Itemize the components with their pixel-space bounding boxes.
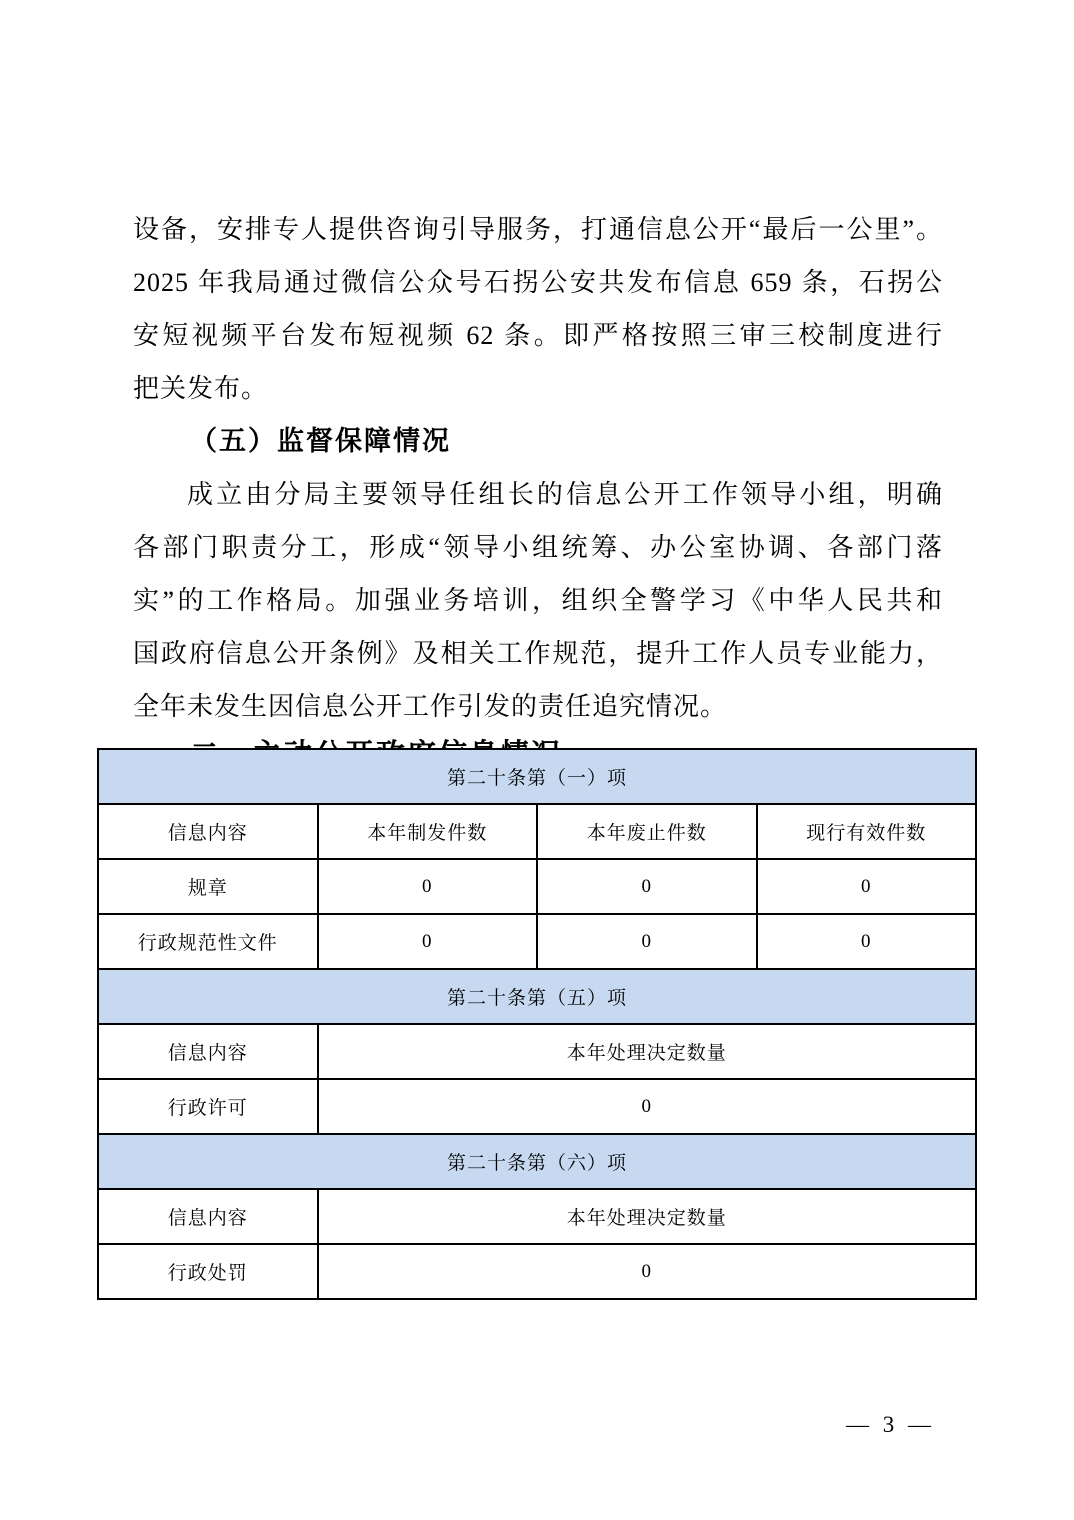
table-cell: 0 <box>757 859 977 914</box>
heading-section-five: （五）监督保障情况 <box>133 415 943 468</box>
body-text-line: 各部门职责分工，形成“领导小组统筹、办公室协调、各部门落 <box>133 521 943 574</box>
paragraph-supervision: 成立由分局主要领导任组长的信息公开工作领导小组，明确 各部门职责分工，形成“领导… <box>133 468 943 733</box>
table-cell: 行政处罚 <box>98 1244 318 1299</box>
table-row: 信息内容 本年制发件数 本年废止件数 现行有效件数 <box>98 804 976 859</box>
table-column-header: 信息内容 <box>98 1189 318 1244</box>
body-text-line: 国政府信息公开条例》及相关工作规范，提升工作人员专业能力， <box>133 627 943 680</box>
body-text-line: 设备，安排专人提供咨询引导服务，打通信息公开“最后一公里”。 <box>133 203 943 256</box>
table-cell: 0 <box>318 914 538 969</box>
table-column-header: 现行有效件数 <box>757 804 977 859</box>
body-text-line: 2025 年我局通过微信公众号石拐公安共发布信息 659 条，石拐公 <box>133 256 943 309</box>
table-row: 行政规范性文件 0 0 0 <box>98 914 976 969</box>
table-row: 行政处罚 0 <box>98 1244 976 1299</box>
table-cell: 0 <box>318 1244 977 1299</box>
table-row: 第二十条第（六）项 <box>98 1134 976 1189</box>
table-section-header: 第二十条第（六）项 <box>98 1134 976 1189</box>
body-text-line: 全年未发生因信息公开工作引发的责任追究情况。 <box>133 680 943 733</box>
table-row: 信息内容 本年处理决定数量 <box>98 1024 976 1079</box>
table-cell: 行政许可 <box>98 1079 318 1134</box>
table-column-header: 本年处理决定数量 <box>318 1024 977 1079</box>
table-column-header: 信息内容 <box>98 804 318 859</box>
document-page: { "colors": { "table_header_bg": "#c6d9f… <box>0 0 1074 1520</box>
paragraph-publicity: 设备，安排专人提供咨询引导服务，打通信息公开“最后一公里”。 2025 年我局通… <box>133 203 943 415</box>
table-cell: 0 <box>318 859 538 914</box>
info-disclosure-table: 第二十条第（一）项 信息内容 本年制发件数 本年废止件数 现行有效件数 规章 0… <box>97 748 977 1300</box>
table-cell: 0 <box>757 914 977 969</box>
table-section-header: 第二十条第（五）项 <box>98 969 976 1024</box>
table-cell: 0 <box>318 1079 977 1134</box>
body-text-line: 实”的工作格局。加强业务培训，组织全警学习《中华人民共和 <box>133 574 943 627</box>
document-body: 设备，安排专人提供咨询引导服务，打通信息公开“最后一公里”。 2025 年我局通… <box>133 203 943 775</box>
table-container: 第二十条第（一）项 信息内容 本年制发件数 本年废止件数 现行有效件数 规章 0… <box>97 748 977 1300</box>
page-number: — 3 — <box>846 1412 935 1438</box>
table-column-header: 本年废止件数 <box>537 804 757 859</box>
table-cell: 0 <box>537 914 757 969</box>
body-text-line: 成立由分局主要领导任组长的信息公开工作领导小组，明确 <box>133 468 943 521</box>
table-cell: 规章 <box>98 859 318 914</box>
table-row: 行政许可 0 <box>98 1079 976 1134</box>
table-row: 信息内容 本年处理决定数量 <box>98 1189 976 1244</box>
table-row: 第二十条第（五）项 <box>98 969 976 1024</box>
table-row: 第二十条第（一）项 <box>98 749 976 804</box>
table-column-header: 本年处理决定数量 <box>318 1189 977 1244</box>
body-text-line: 安短视频平台发布短视频 62 条。即严格按照三审三校制度进行 <box>133 309 943 362</box>
table-cell: 行政规范性文件 <box>98 914 318 969</box>
body-text-line: 把关发布。 <box>133 362 943 415</box>
table-row: 规章 0 0 0 <box>98 859 976 914</box>
table-section-header: 第二十条第（一）项 <box>98 749 976 804</box>
table-column-header: 本年制发件数 <box>318 804 538 859</box>
table-column-header: 信息内容 <box>98 1024 318 1079</box>
table-cell: 0 <box>537 859 757 914</box>
